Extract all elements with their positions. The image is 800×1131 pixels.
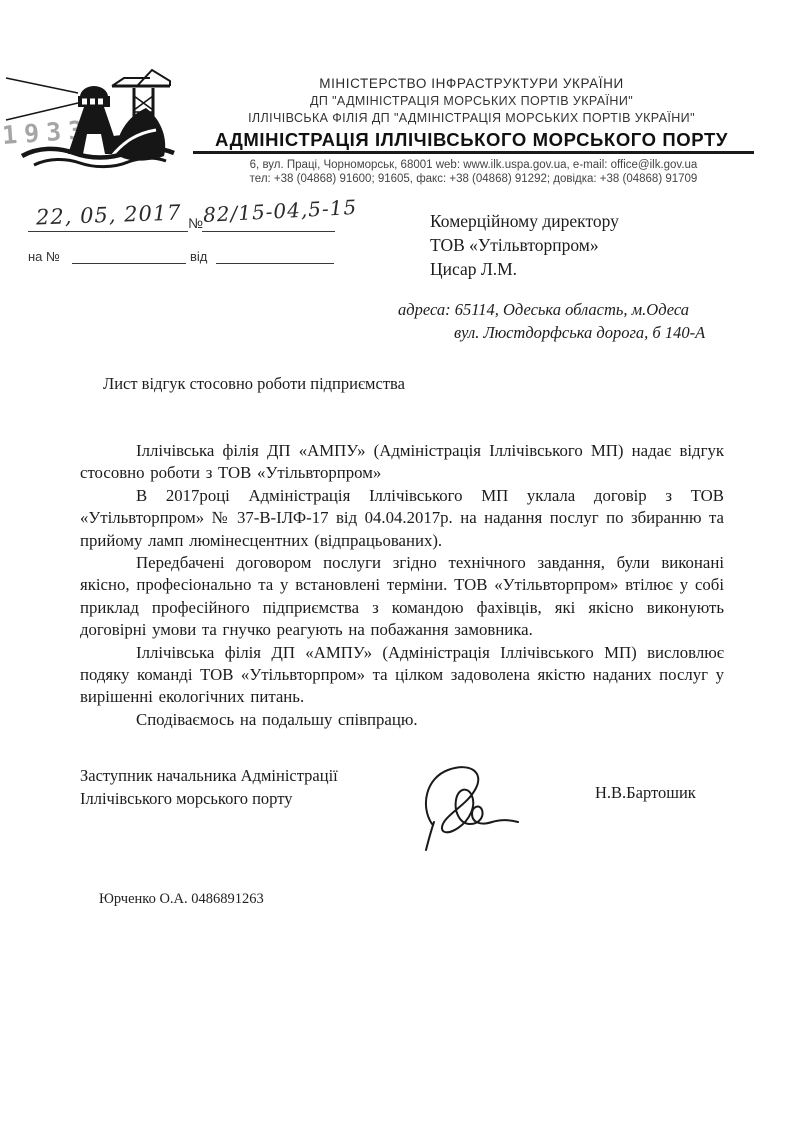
reply-to-underline xyxy=(72,263,186,264)
body-paragraph-4: Іллічівська філія ДП «АМПУ» (Адміністрац… xyxy=(80,642,724,709)
ref-number-underline xyxy=(202,231,335,232)
ref-number-label: № xyxy=(188,215,203,231)
letter-body: Іллічівська філія ДП «АМПУ» (Адміністрац… xyxy=(80,440,724,731)
body-paragraph-3: Передбачені договором послуги згідно тех… xyxy=(80,552,724,642)
signatory-position-line-1: Заступник начальника Адміністрації xyxy=(80,764,338,787)
letterhead-divider xyxy=(193,151,754,154)
body-paragraph-5: Сподіваємось на подальшу співпрацю. xyxy=(80,709,724,731)
signatory-position-line-2: Іллічівського морського порту xyxy=(80,787,338,810)
recipient-address: адреса: 65114, Одеська область, м.Одеса … xyxy=(398,298,705,344)
letterhead-branch: ІЛЛІЧІВСЬКА ФІЛІЯ ДП "АДМІНІСТРАЦІЯ МОРС… xyxy=(193,111,750,125)
body-paragraph-1: Іллічівська філія ДП «АМПУ» (Адміністрац… xyxy=(80,440,724,485)
recipient-address-line-2: вул. Люстдорфська дорога, б 140-А xyxy=(398,321,705,344)
recipient-block: Комерційному директору ТОВ «Утільвторпро… xyxy=(430,209,619,281)
ref-date-underline xyxy=(28,231,188,232)
contact-line-1: 6, вул. Праці, Чорноморськ, 68001 web: w… xyxy=(193,158,754,172)
executor-line: Юрченко О.А. 0486891263 xyxy=(99,891,264,908)
recipient-address-line-1: адреса: 65114, Одеська область, м.Одеса xyxy=(398,298,705,321)
signature-scribble-icon xyxy=(418,762,528,852)
subject-line: Лист відгук стосовно роботи підприємства xyxy=(103,374,405,394)
recipient-position: Комерційному директору xyxy=(430,209,619,233)
reply-to-label: на № xyxy=(28,249,60,264)
letterhead: МІНІСТЕРСТВО ІНФРАСТРУКТУРИ УКРАЇНИ ДП "… xyxy=(193,76,750,151)
recipient-person: Цисар Л.М. xyxy=(430,257,619,281)
reply-from-label: від xyxy=(190,249,207,264)
contact-line-2: тел: +38 (04868) 91600; 91605, факс: +38… xyxy=(193,172,754,186)
signatory-position: Заступник начальника Адміністрації Ілліч… xyxy=(80,764,338,810)
scanned-letter-page: 1933 xyxy=(0,0,800,1131)
port-logo-icon xyxy=(0,66,185,172)
letterhead-enterprise: ДП "АДМІНІСТРАЦІЯ МОРСЬКИХ ПОРТІВ УКРАЇН… xyxy=(193,94,750,108)
signatory-name: Н.В.Бартошик xyxy=(595,783,696,803)
ref-date-handwritten: 22, 05, 2017 xyxy=(36,200,182,229)
recipient-company: ТОВ «Утільвторпром» xyxy=(430,233,619,257)
body-paragraph-2: В 2017році Адміністрація Іллічівського М… xyxy=(80,485,724,552)
letterhead-title: АДМІНІСТРАЦІЯ ІЛЛІЧІВСЬКОГО МОРСЬКОГО ПО… xyxy=(193,129,750,151)
ref-number-handwritten: 82/15-04,5-15 xyxy=(202,195,357,227)
letterhead-contacts: 6, вул. Праці, Чорноморськ, 68001 web: w… xyxy=(193,158,754,186)
reply-from-underline xyxy=(216,263,334,264)
letterhead-ministry: МІНІСТЕРСТВО ІНФРАСТРУКТУРИ УКРАЇНИ xyxy=(193,76,750,91)
